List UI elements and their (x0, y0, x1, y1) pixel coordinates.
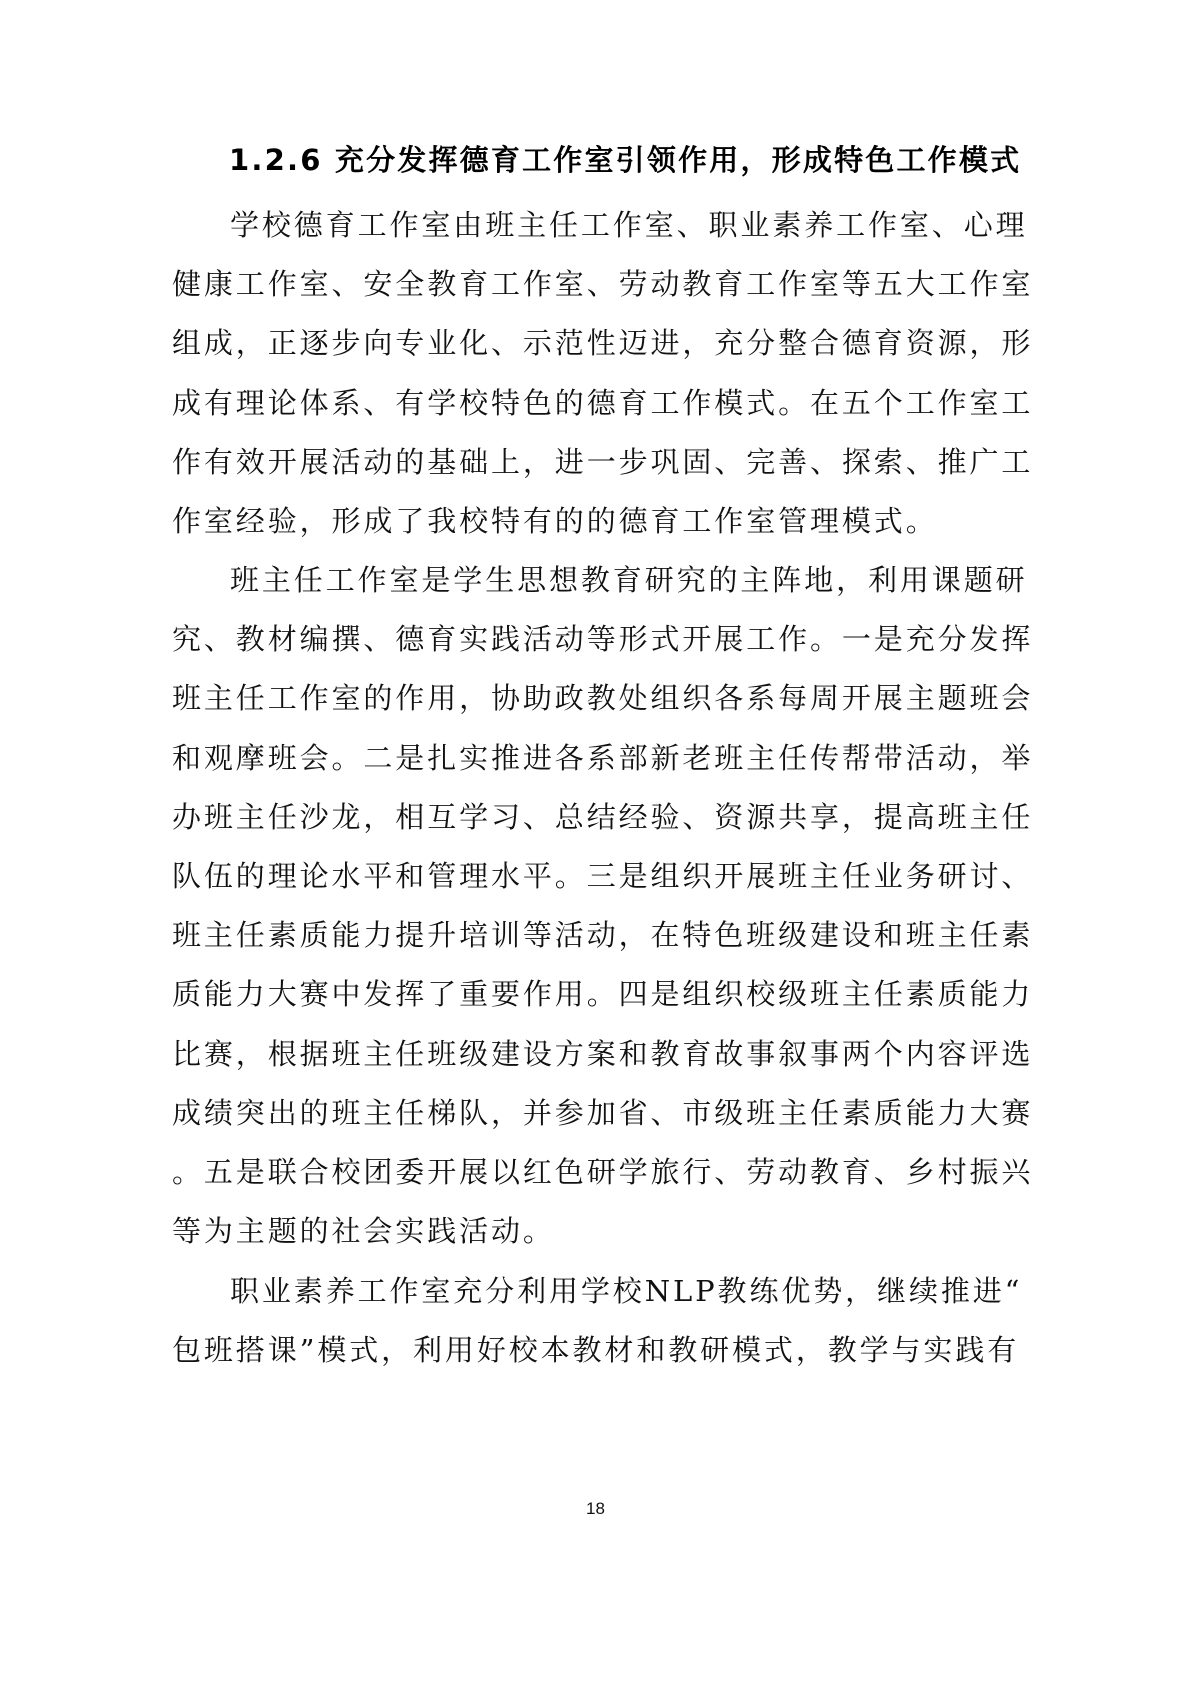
paragraph-line: 健康工作室、安全教育工作室、劳动教育工作室等五大工作室 (172, 255, 1032, 314)
paragraph-line: 班主任素质能力提升培训等活动，在特色班级建设和班主任素 (172, 906, 1032, 965)
paragraph-line: 质能力大赛中发挥了重要作用。四是组织校级班主任素质能力 (172, 965, 1032, 1024)
document-page: 1.2.6 充分发挥德育工作室引领作用，形成特色工作模式 学校德育工作室由班主任… (0, 0, 1191, 1684)
section-heading: 1.2.6 充分发挥德育工作室引领作用，形成特色工作模式 (229, 138, 1049, 182)
paragraph-line: 学校德育工作室由班主任工作室、职业素养工作室、心理 (172, 196, 1032, 255)
paragraph-line: 作室经验，形成了我校特有的的德育工作室管理模式。 (172, 492, 1032, 551)
paragraph-moral-education-studios: 学校德育工作室由班主任工作室、职业素养工作室、心理 健康工作室、安全教育工作室、… (172, 196, 1032, 551)
paragraph-line: 究、教材编撰、德育实践活动等形式开展工作。一是充分发挥 (172, 610, 1032, 669)
paragraph-line: 比赛，根据班主任班级建设方案和教育故事叙事两个内容评选 (172, 1025, 1032, 1084)
paragraph-line: 班主任工作室的作用，协助政教处组织各系每周开展主题班会 (172, 669, 1032, 728)
paragraph-line: 职业素养工作室充分利用学校NLP教练优势，继续推进“ (172, 1262, 1032, 1321)
paragraph-line: 和观摩班会。二是扎实推进各系部新老班主任传帮带活动，举 (172, 729, 1032, 788)
paragraph-line: 成绩突出的班主任梯队，并参加省、市级班主任素质能力大赛 (172, 1084, 1032, 1143)
paragraph-line: 班主任工作室是学生思想教育研究的主阵地，利用课题研 (172, 551, 1032, 610)
paragraph-line: 作有效开展活动的基础上，进一步巩固、完善、探索、推广工 (172, 433, 1032, 492)
paragraph-head-teacher-studio: 班主任工作室是学生思想教育研究的主阵地，利用课题研 究、教材编撰、德育实践活动等… (172, 551, 1032, 1261)
paragraph-line: 。五是联合校团委开展以红色研学旅行、劳动教育、乡村振兴 (172, 1143, 1032, 1202)
page-number: 18 (0, 1499, 1191, 1519)
paragraph-line: 队伍的理论水平和管理水平。三是组织开展班主任业务研讨、 (172, 847, 1032, 906)
paragraph-line: 办班主任沙龙，相互学习、总结经验、资源共享，提高班主任 (172, 788, 1032, 847)
paragraph-line: 成有理论体系、有学校特色的德育工作模式。在五个工作室工 (172, 374, 1032, 433)
paragraph-line: 包班搭课”模式，利用好校本教材和教研模式，教学与实践有 (172, 1321, 1032, 1380)
paragraph-line: 组成，正逐步向专业化、示范性迈进，充分整合德育资源，形 (172, 314, 1032, 373)
paragraph-professional-literacy-studio: 职业素养工作室充分利用学校NLP教练优势，继续推进“ 包班搭课”模式，利用好校本… (172, 1262, 1032, 1380)
paragraph-line: 等为主题的社会实践活动。 (172, 1202, 1032, 1261)
